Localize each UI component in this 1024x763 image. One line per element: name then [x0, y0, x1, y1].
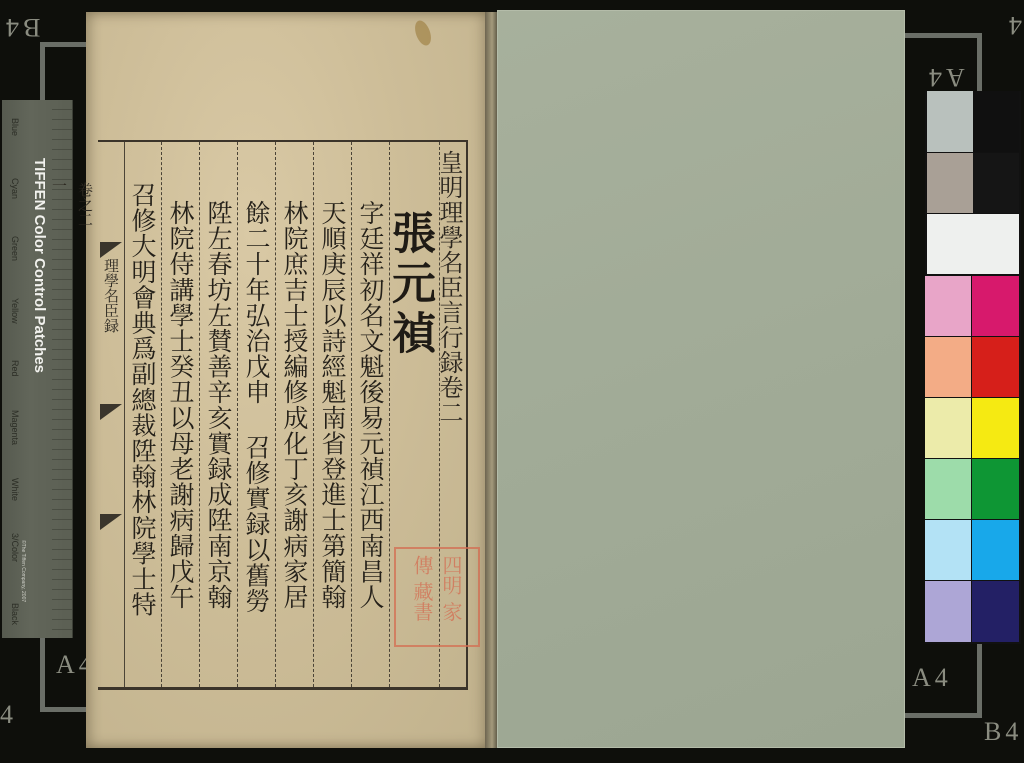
patch-name: Yellow	[10, 298, 20, 324]
patch-black-2	[973, 153, 1019, 213]
patch-yellow	[972, 398, 1019, 458]
fish-tail-margin-strip: 理學名臣録 卷之二 一	[98, 142, 125, 687]
fish-tail-mark	[100, 404, 122, 420]
paper-stain	[412, 18, 434, 47]
red-collector-seal: 四明 家傳 藏書	[394, 547, 480, 647]
patch-black-1	[973, 91, 1019, 152]
text-column-5: 陞左春坊左賛善辛亥實録成陞南京翰	[200, 142, 238, 687]
patch-cyan	[972, 520, 1019, 580]
patch-light-red	[925, 337, 971, 397]
size-marker-4-bottom-left: 4	[0, 700, 17, 730]
book-right-page-blank	[497, 10, 905, 748]
book-left-page: 理學名臣録 卷之二 一 召修大明會典爲副總裁陞翰林院學士特 林院侍講學士癸丑以母…	[86, 12, 494, 748]
patch-light-blue	[925, 581, 971, 642]
size-marker-b4-bottom-right: B4	[984, 717, 1022, 747]
patch-light-magenta	[925, 276, 971, 336]
seal-text: 四明 家傳 藏書	[408, 555, 466, 639]
patch-warm-gray	[927, 153, 973, 213]
patch-name: Black	[10, 603, 20, 625]
patch-light-gray	[927, 91, 973, 152]
text-column-4: 餘二十年弘治戊申 召修實録以舊勞	[238, 142, 276, 687]
patch-light-cyan	[925, 520, 971, 580]
size-marker-4-top-right: 4	[1005, 10, 1022, 40]
tiffen-copyright: ©The Tiffen Company, 2007	[20, 540, 26, 602]
patch-light-green	[925, 459, 971, 519]
printed-text-block: 理學名臣録 卷之二 一 召修大明會典爲副總裁陞翰林院學士特 林院侍講學士癸丑以母…	[98, 140, 468, 690]
patch-name: Magenta	[10, 410, 20, 445]
size-marker-a4-top-right: A4	[925, 62, 965, 92]
fish-tail-mark	[100, 242, 122, 258]
patch-name: Cyan	[10, 178, 20, 199]
fish-tail-mark	[100, 514, 122, 530]
margin-page-number: 一	[46, 142, 72, 687]
color-calibration-chart	[925, 91, 1021, 644]
margin-volume: 卷之二	[72, 142, 98, 687]
text-column-7: 召修大明會典爲副總裁陞翰林院學士特	[124, 142, 162, 687]
patch-light-yellow	[925, 398, 971, 458]
patch-name: Blue	[10, 118, 20, 136]
patch-name: White	[10, 478, 20, 501]
patch-name: 3/Color	[10, 533, 20, 562]
text-column-6: 林院侍講學士癸丑以母老謝病歸戊午	[162, 142, 200, 687]
patch-white	[927, 214, 1019, 274]
text-column-3: 林院庶吉士授編修成化丁亥謝病家居	[276, 142, 314, 687]
size-marker-a4-bottom-right: A4	[912, 663, 952, 693]
patch-red	[972, 337, 1019, 397]
text-column-2: 天順庚辰以詩經魁南省登進士第簡翰	[314, 142, 352, 687]
patch-name: Green	[10, 236, 20, 261]
patch-blue	[972, 581, 1019, 642]
size-marker-b4-top-left: B4	[2, 12, 40, 42]
patch-name: Red	[10, 360, 20, 377]
patch-green	[972, 459, 1019, 519]
patch-magenta	[972, 276, 1019, 336]
